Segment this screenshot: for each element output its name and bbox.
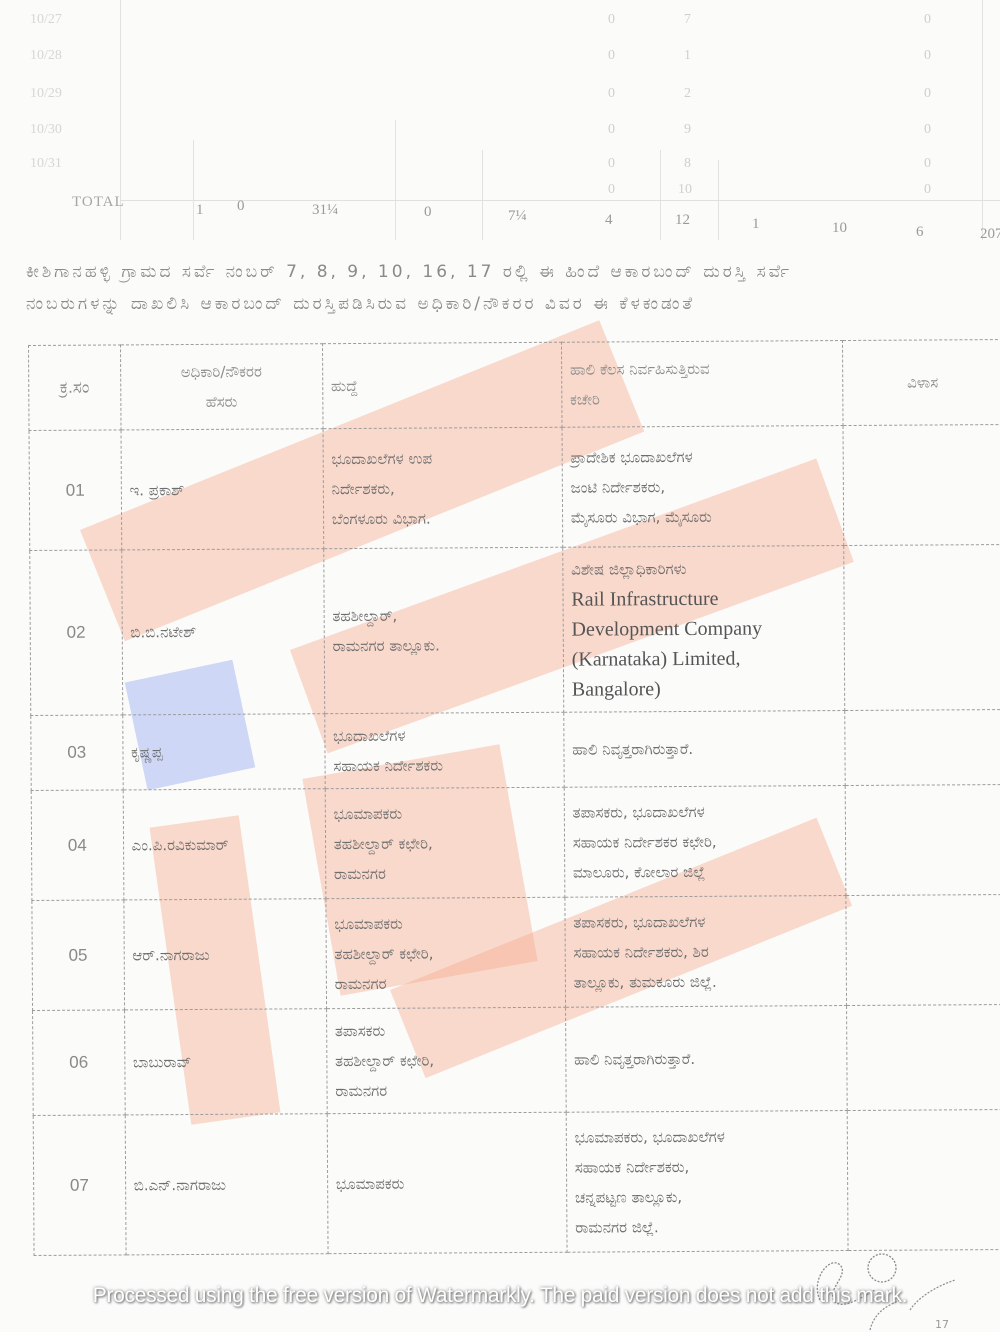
cell-address <box>845 710 1000 786</box>
cell-workplace: ತಪಾಸಕರು, ಭೂದಾಖಲೆಗಳಸಹಾಯಕ ನಿರ್ದೇಶಕರು, ಶಿರತ… <box>565 896 847 1008</box>
cell-serial: 04 <box>31 790 123 901</box>
total-label: TOTAL <box>72 194 125 211</box>
cell-serial: 03 <box>31 715 123 791</box>
summary-row: 10/30 0 9 0 <box>0 122 1000 156</box>
cell-address <box>843 425 1000 546</box>
cell-workplace: ಹಾಲಿ ನಿವೃತ್ತರಾಗಿರುತ್ತಾರೆ. <box>564 711 846 788</box>
cell-address <box>846 895 1000 1006</box>
intro-line-2: ನಂಬರುಗಳನ್ನು ದಾಖಲಿಸಿ ಆಕಾರಬಂದ್ ದುರಸ್ತಿಪಡಿಸ… <box>26 288 1000 320</box>
header-designation: ಹುದ್ದೆ <box>322 342 562 428</box>
table-row: 07ಬಿ.ಎನ್.ನಾಗರಾಜುಭೂಮಾಪಕರುಭೂಮಾಪಕರು, ಭೂದಾಖಲ… <box>33 1110 1000 1256</box>
cell-name: ಬಿ.ಬಿ.ನಟೇಶ್ <box>121 549 324 715</box>
header-name: ಅಧಿಕಾರಿ/ನೌಕರರ ಹೆಸರು <box>120 344 323 430</box>
watermark-text: Processed using the free version of Wate… <box>0 1284 1000 1308</box>
cell-name: ಆರ್.ನಾಗರಾಜು <box>123 899 326 1010</box>
cell-serial: 01 <box>29 430 121 551</box>
cell-designation: ಭೂದಾಖಲೆಗಳಸಹಾಯಕ ನಿರ್ದೇಶಕರು <box>325 712 564 788</box>
cell-name: ಇ. ಪ್ರಕಾಶ್ <box>121 429 324 550</box>
table-row: 06ಬಾಬುರಾವ್ತಪಾಸಕರುತಹಶೀಲ್ದಾರ್ ಕಛೇರಿ,ರಾಮನಗರ… <box>33 1005 1000 1116</box>
cell-address <box>845 785 1000 896</box>
cell-serial: 02 <box>30 550 123 716</box>
table-row: 05ಆರ್.ನಾಗರಾಜುಭೂಮಾಪಕರುತಹಶೀಲ್ದಾರ್ ಕಛೇರಿ,ರಾ… <box>32 895 1000 1011</box>
row-date: 10/29 <box>30 86 62 102</box>
officials-table: ಕ್ರ.ಸಂ ಅಧಿಕಾರಿ/ನೌಕರರ ಹೆಸರು ಹುದ್ದೆ ಹಾಲಿ ಕ… <box>28 339 1000 1256</box>
cell-name: ಎಂ.ಪಿ.ರವಿಕುಮಾರ್ <box>123 789 326 900</box>
table-header-row: ಕ್ರ.ಸಂ ಅಧಿಕಾರಿ/ನೌಕರರ ಹೆಸರು ಹುದ್ದೆ ಹಾಲಿ ಕ… <box>29 340 1000 431</box>
cell-name: ಕೃಷ್ಣಪ್ಪ <box>122 714 325 790</box>
header-serial: ಕ್ರ.ಸಂ <box>29 345 121 431</box>
cell-workplace: ಹಾಲಿ ನಿವೃತ್ತರಾಗಿರುತ್ತಾರೆ. <box>565 1006 847 1113</box>
cell-workplace: ತಪಾಸಕರು, ಭೂದಾಖಲೆಗಳಸಹಾಯಕ ನಿರ್ದೇಶಕರ ಕಛೇರಿ,… <box>564 786 846 898</box>
cell-designation: ಭೂಮಾಪಕರು <box>327 1112 567 1253</box>
cell-name: ಬಿ.ಎನ್.ನಾಗರಾಜು <box>125 1114 328 1255</box>
row-date: 10/27 <box>30 12 62 28</box>
summary-table-tail: 10/27 0 7 0 10/28 0 1 0 10/29 0 2 0 10/3… <box>0 0 1000 240</box>
row-date: 10/31 <box>30 156 62 172</box>
summary-row: 10/28 0 1 0 <box>0 48 1000 82</box>
cell-designation: ತಹಶೀಲ್ದಾರ್,ರಾಮನಗರ ತಾಲ್ಲೂಕು. <box>323 547 563 713</box>
table-row: 02ಬಿ.ಬಿ.ನಟೇಶ್ತಹಶೀಲ್ದಾರ್,ರಾಮನಗರ ತಾಲ್ಲೂಕು.… <box>30 545 1000 716</box>
cell-address <box>846 1005 1000 1111</box>
intro-paragraph: ಕೀಶಿಗಾನಹಳ್ಳಿ ಗ್ರಾಮದ ಸರ್ವೆ ನಂಬರ್ 7, 8, 9,… <box>26 256 1000 320</box>
table-row: 01ಇ. ಪ್ರಕಾಶ್ಭೂದಾಖಲೆಗಳ ಉಪನಿರ್ದೇಶಕರು,ಬೆಂಗಳ… <box>29 425 1000 551</box>
page-number: 17 <box>935 1318 949 1331</box>
table-row: 03ಕೃಷ್ಣಪ್ಪಭೂದಾಖಲೆಗಳಸಹಾಯಕ ನಿರ್ದೇಶಕರುಹಾಲಿ … <box>31 710 1000 791</box>
cell-workplace: ವಿಶೇಷ ಜಿಲ್ಲಾಧಿಕಾರಿಗಳುRail Infrastructure… <box>563 546 845 713</box>
cell-serial: 07 <box>33 1115 125 1256</box>
cell-serial: 05 <box>32 900 124 1011</box>
cell-serial: 06 <box>33 1010 125 1116</box>
row-date: 10/30 <box>30 122 62 138</box>
cell-workplace: ಪ್ರಾದೇಶಿಕ ಭೂದಾಖಲೆಗಳಜಂಟಿ ನಿರ್ದೇಶಕರು,ಮೈಸೂರ… <box>562 426 844 548</box>
row-date: 10/28 <box>30 48 62 64</box>
intro-line-1: ಕೀಶಿಗಾನಹಳ್ಳಿ ಗ್ರಾಮದ ಸರ್ವೆ ನಂಬರ್ 7, 8, 9,… <box>26 256 1000 288</box>
total-row: TOTAL 1 0 31¼ 0 7¼ 4 12 1 10 6 207 <box>0 194 1000 228</box>
cell-designation: ತಪಾಸಕರುತಹಶೀಲ್ದಾರ್ ಕಛೇರಿ,ರಾಮನಗರ <box>326 1007 566 1113</box>
header-workplace: ಹಾಲಿ ಕೆಲಸ ನಿರ್ವಹಿಸುತ್ತಿರುವ ಕಚೇರಿ <box>561 341 843 428</box>
cell-workplace: ಭೂಮಾಪಕರು, ಭೂದಾಖಲೆಗಳಸಹಾಯಕ ನಿರ್ದೇಶಕರು,ಚನ್ನ… <box>566 1111 848 1253</box>
cell-designation: ಭೂಮಾಪಕರುತಹಶೀಲ್ದಾರ್ ಕಛೇರಿ,ರಾಮನಗರ <box>325 787 565 898</box>
summary-row: 10/29 0 2 0 <box>0 86 1000 120</box>
cell-name: ಬಾಬುರಾವ್ <box>124 1009 327 1115</box>
header-address: ವಿಳಾಸ <box>842 340 1000 426</box>
summary-row: 10/27 0 7 0 <box>0 12 1000 46</box>
cell-address <box>844 545 1000 711</box>
cell-designation: ಭೂದಾಖಲೆಗಳ ಉಪನಿರ್ದೇಶಕರು,ಬೆಂಗಳೂರು ವಿಭಾಗ. <box>323 427 563 548</box>
cell-designation: ಭೂಮಾಪಕರುತಹಶೀಲ್ದಾರ್ ಕಛೇರಿ,ರಾಮನಗರ <box>326 897 566 1008</box>
cell-address <box>847 1110 1000 1251</box>
table-row: 04ಎಂ.ಪಿ.ರವಿಕುಮಾರ್ಭೂಮಾಪಕರುತಹಶೀಲ್ದಾರ್ ಕಛೇರ… <box>31 785 1000 901</box>
